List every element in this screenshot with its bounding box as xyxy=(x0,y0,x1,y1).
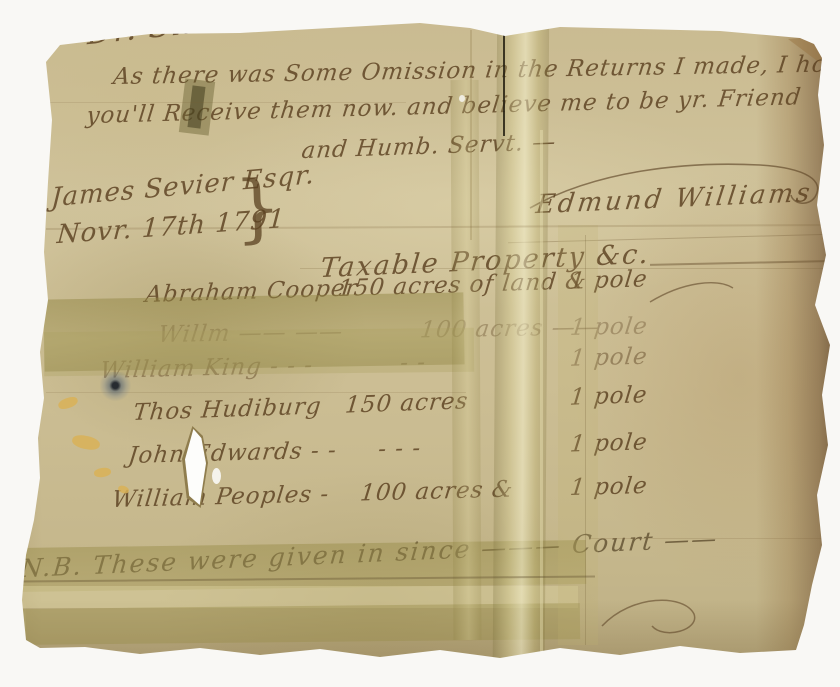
crease-vertical xyxy=(470,30,472,240)
tax-entry-row: Thos Hudiburg 150 acres 1 pole xyxy=(131,400,134,432)
row-flourish xyxy=(645,276,740,308)
tax-entry-row: John Edwards - - - - - 1 pole xyxy=(126,443,130,475)
crease-vertical-faint xyxy=(585,235,586,645)
salutation: Dr. Sir xyxy=(87,2,200,52)
torn-edge-shading-right xyxy=(756,28,830,653)
crease-vertical-dark xyxy=(503,28,505,136)
postscript-flourish xyxy=(592,586,712,644)
ink-blot xyxy=(100,372,134,402)
tax-entry-row: William Peoples - 100 acres & 1 pole xyxy=(110,487,114,519)
paper-sheet: Dr. Sir As there was Some Omission in th… xyxy=(0,0,840,687)
entry-name: Thos Hudiburg xyxy=(132,393,323,426)
gold-fleck xyxy=(93,467,111,478)
crease-horizontal-right xyxy=(590,538,828,539)
entry-property: 100 acres & xyxy=(359,476,515,506)
crease-horizontal-faint xyxy=(46,102,406,103)
tape-strip-vertical-left xyxy=(451,80,482,640)
entry-property: - - - xyxy=(377,435,423,462)
scanned-letter: Dr. Sir As there was Some Omission in th… xyxy=(0,0,840,687)
crease-vertical-highlight xyxy=(540,130,543,658)
tape-strip-horizontal-left-2 xyxy=(44,328,474,377)
pin-hole xyxy=(459,95,465,102)
entry-name: William Peoples - xyxy=(111,481,331,513)
address-brace: } xyxy=(233,170,284,246)
torn-hole-small xyxy=(212,468,221,484)
tape-strip-vertical-right xyxy=(558,225,598,645)
gold-fleck xyxy=(71,433,101,452)
gold-fleck xyxy=(57,395,79,411)
entry-name: John Edwards - - xyxy=(127,437,339,469)
crease-horizontal xyxy=(300,268,828,269)
